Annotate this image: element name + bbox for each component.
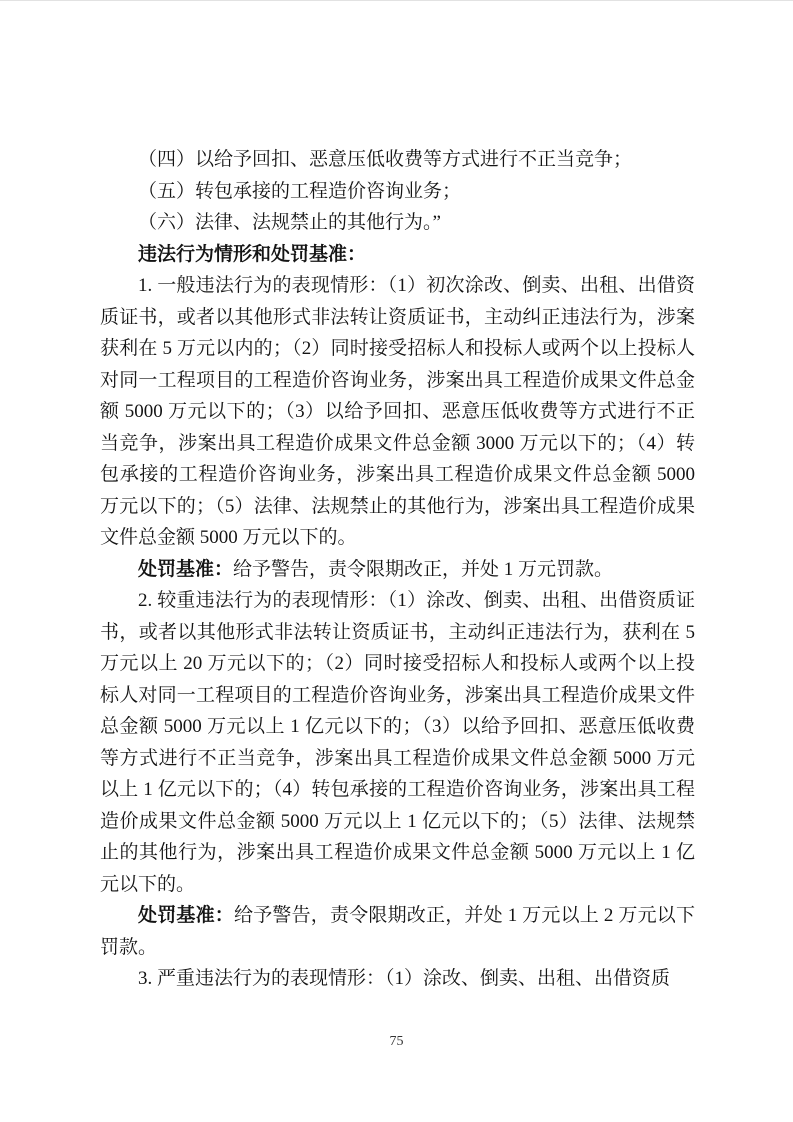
list-item-4-text: （四）以给予回扣、恶意压低收费等方式进行不正当竞争； [138,149,632,170]
para-serious-violation-text: 2. 较重违法行为的表现情形：（1）涂改、倒卖、出租、出借资质证书，或者以其他形… [100,590,695,895]
page-number: 75 [0,1033,793,1051]
para-penalty-standard-1-text: 给予警告，责令限期改正，并处 1 万元罚款。 [233,559,613,580]
para-serious-violation: 2. 较重违法行为的表现情形：（1）涂改、倒卖、出租、出借资质证书，或者以其他形… [100,585,695,900]
list-item-6-text: （六）法律、法规禁止的其他行为。” [138,212,441,233]
list-item-5: （五）转包承接的工程造价咨询业务； [100,176,695,208]
section-heading-violation-and-penalty: 违法行为情形和处罚基准： [100,239,695,271]
list-item-5-text: （五）转包承接的工程造价咨询业务； [138,181,461,202]
para-penalty-standard-1-lead: 处罚基准： [138,559,233,580]
para-general-violation-text: 1. 一般违法行为的表现情形：（1）初次涂改、倒卖、出租、出借资质证书，或者以其… [100,275,695,548]
list-item-6: （六）法律、法规禁止的其他行为。” [100,207,695,239]
para-severe-violation-text: 3. 严重违法行为的表现情形：（1）涂改、倒卖、出租、出借资质 [138,968,670,989]
para-severe-violation: 3. 严重违法行为的表现情形：（1）涂改、倒卖、出租、出借资质 [100,963,695,995]
para-penalty-standard-1: 处罚基准：给予警告，责令限期改正，并处 1 万元罚款。 [100,554,695,586]
para-general-violation: 1. 一般违法行为的表现情形：（1）初次涂改、倒卖、出租、出借资质证书，或者以其… [100,270,695,554]
para-penalty-standard-2: 处罚基准：给予警告，责令限期改正，并处 1 万元以上 2 万元以下罚款。 [100,900,695,963]
document-page: （四）以给予回扣、恶意压低收费等方式进行不正当竞争； （五）转包承接的工程造价咨… [0,0,793,1122]
para-penalty-standard-2-lead: 处罚基准： [138,905,234,926]
document-body: （四）以给予回扣、恶意压低收费等方式进行不正当竞争； （五）转包承接的工程造价咨… [100,144,695,995]
section-heading-text: 违法行为情形和处罚基准： [138,244,366,265]
list-item-4: （四）以给予回扣、恶意压低收费等方式进行不正当竞争； [100,144,695,176]
